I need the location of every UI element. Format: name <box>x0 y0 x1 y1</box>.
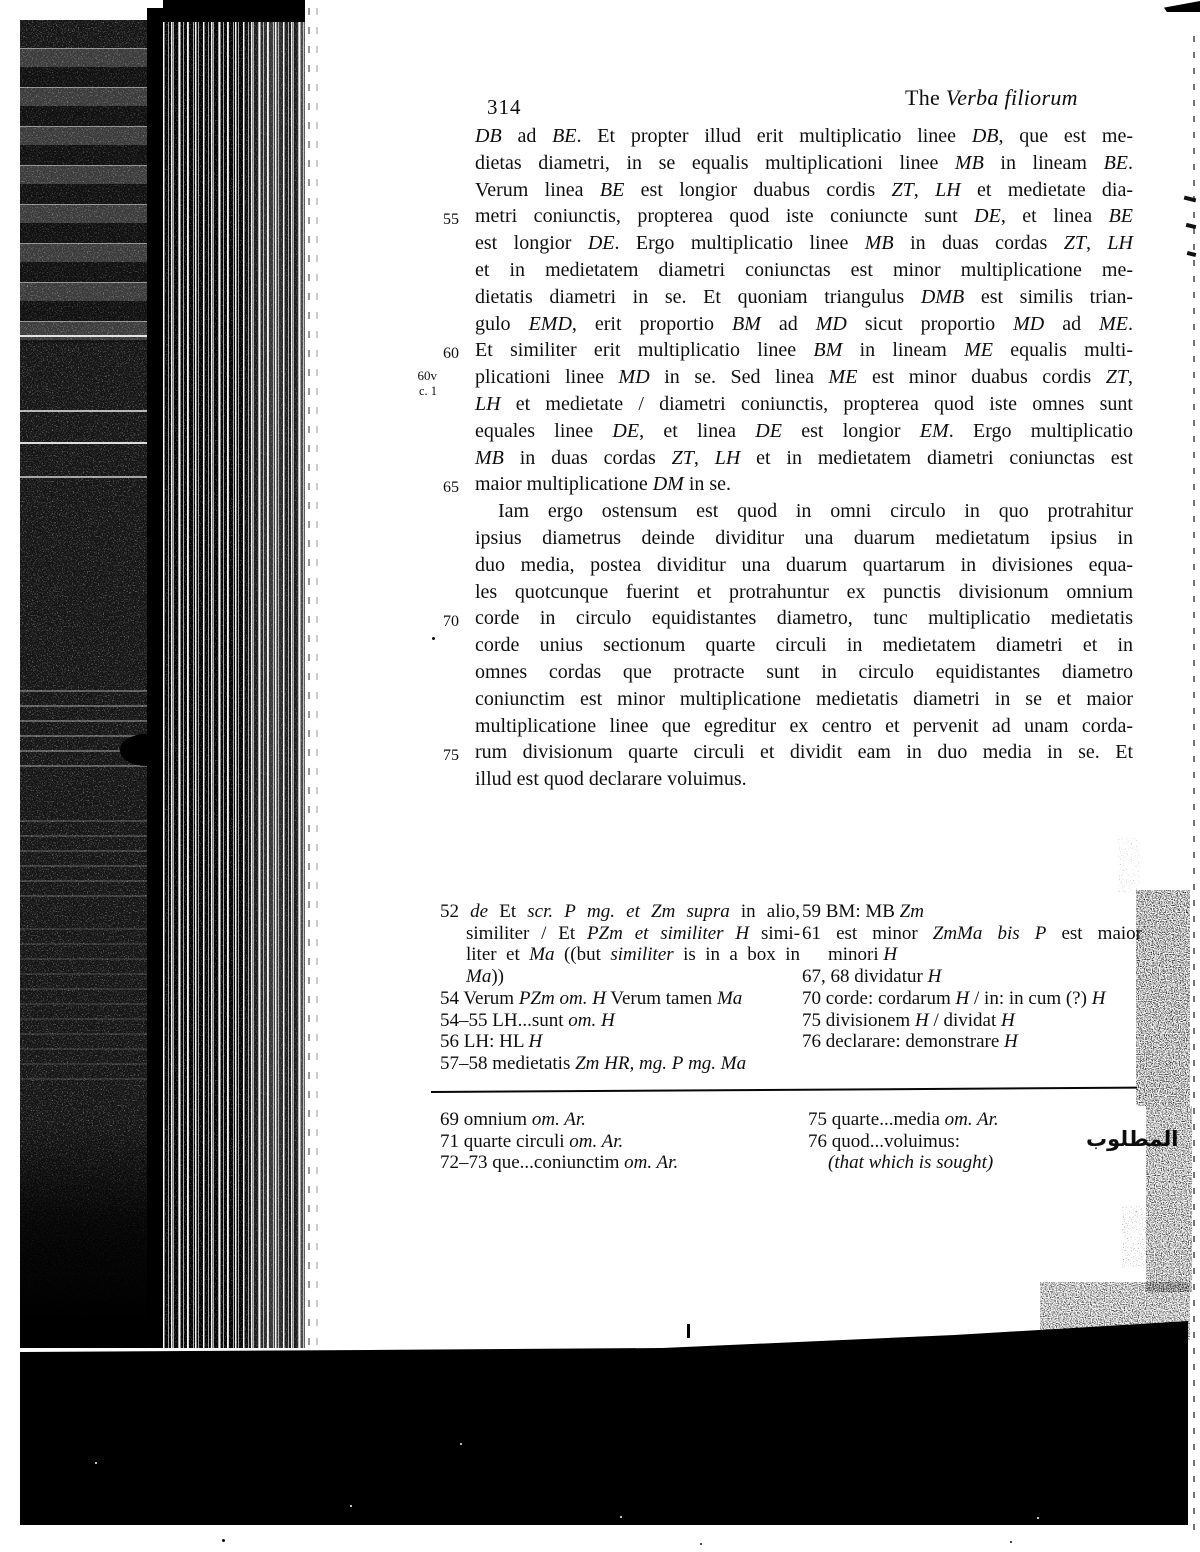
text-line: 69 omnium om. Ar. <box>440 1109 790 1131</box>
text-line: corde unius sectionum quarte circuli in … <box>475 632 1133 659</box>
scan-streak-line <box>20 476 160 478</box>
text-line: 52 de Et scr. P mg. et Zm supra in alio, <box>440 901 800 923</box>
white-speck <box>95 1462 97 1464</box>
small-vertical-mark <box>687 1324 690 1338</box>
text-line: 67, 68 dividatur H <box>802 966 1142 988</box>
apparatus-criticus-arabic: 69 omnium om. Ar.71 quarte circuli om. A… <box>440 1109 1150 1189</box>
main-text-block: DB ad BE. Et propter illud erit multipli… <box>475 123 1133 793</box>
text-line: ipsius diametrus deinde dividitur una du… <box>475 525 1133 552</box>
arabic-marginal-note: المطلوب <box>1086 1127 1178 1151</box>
folio-column-label: 60vc. 1 <box>418 369 438 398</box>
bottom-scan-black-band <box>20 1321 1188 1525</box>
text-line: dietatis diametri in se. Et quoniam tria… <box>475 284 1133 311</box>
text-line: 71 quarte circuli om. Ar. <box>440 1131 790 1153</box>
ink-speck <box>1010 1541 1012 1543</box>
text-line: coniunctim est minor multiplicatione med… <box>475 686 1133 713</box>
apparatus1-left-column: 52 de Et scr. P mg. et Zm supra in alio,… <box>440 901 800 1075</box>
text-line: plicationi linee MD in se. Sed linea ME … <box>475 364 1133 391</box>
top-right-scan-tick <box>1164 1 1200 12</box>
text-line: Et similiter erit multiplicatio linee BM… <box>475 337 1133 364</box>
right-edge-dotted-line <box>1193 36 1195 1540</box>
apparatus1-right-column: 59 BM: MB Zm61 est minor ZmMa bis P est … <box>802 901 1142 1053</box>
white-speck <box>460 1443 462 1445</box>
text-line: les quotcunque fuerint et protrahuntur e… <box>475 579 1133 606</box>
gutter-bottom-darkening <box>20 1122 147 1348</box>
line-number-label: 65 <box>443 480 459 496</box>
text-line: LH et medietate / diametri coniunctis, p… <box>475 391 1133 418</box>
apparatus2-left-column: 69 omnium om. Ar.71 quarte circuli om. A… <box>440 1109 790 1174</box>
text-line: DB ad BE. Et propter illud erit multipli… <box>475 123 1133 150</box>
gutter-horizontal-bands <box>20 48 147 343</box>
text-line: metri coniunctis, propterea quod iste co… <box>475 203 1133 230</box>
text-line: rum divisionum quarte circuli et dividit… <box>475 739 1133 766</box>
text-line: Ma)) <box>440 966 800 988</box>
scan-dash-rows <box>20 820 147 910</box>
text-line: MB in duas cordas ZT, LH et in medietate… <box>475 445 1133 472</box>
line-number-label: 55 <box>443 212 459 228</box>
text-line: corde in circulo equidistantes diametro,… <box>475 605 1133 632</box>
stray-page-edge-line <box>316 8 318 1348</box>
text-line: et in medietatem diametri coniunctas est… <box>475 257 1133 284</box>
text-line: dietas diametri, in se equalis multiplic… <box>475 150 1133 177</box>
stray-page-edge-line <box>308 8 310 1348</box>
text-line: 76 declarare: demonstrare H <box>802 1031 1142 1053</box>
text-line: maior multiplicatione DM in se. <box>475 471 1133 498</box>
text-line: Verum linea BE est longior duabus cordis… <box>475 177 1133 204</box>
text-line: 61 est minor ZmMa bis P est maior <box>802 923 1142 945</box>
text-line: illud est quod declarare voluimus. <box>475 766 1133 793</box>
text-line: 72–73 que...coniunctim om. Ar. <box>440 1152 790 1174</box>
text-line: multiplicatione linee que egreditur ex c… <box>475 713 1133 740</box>
white-speck <box>620 1516 622 1518</box>
text-line: similiter / Et PZm et similiter H simi- <box>440 923 800 945</box>
ink-speck <box>700 1543 702 1545</box>
running-title: The Verba filiorum <box>905 85 1078 111</box>
text-line: liter et Ma ((but similiter is in a box … <box>440 944 800 966</box>
line-number-label: 60 <box>443 346 459 362</box>
text-line: omnes cordas que protracte sunt in circu… <box>475 659 1133 686</box>
ink-speck <box>432 637 435 640</box>
right-edge-speckle-blob <box>1122 1206 1150 1268</box>
text-line: duo media, postea dividitur una duarum q… <box>475 552 1133 579</box>
scanned-book-page: 314 The Verba filiorum DB ad BE. Et prop… <box>0 0 1200 1552</box>
text-line: 54 Verum PZm om. H Verum tamen Ma <box>440 988 800 1010</box>
right-edge-faint-speckle <box>1118 838 1140 894</box>
gutter-black-bar <box>147 8 163 1348</box>
apparatus-criticus-manuscripts: 52 de Et scr. P mg. et Zm supra in alio,… <box>440 901 1150 1081</box>
line-number-label: 75 <box>443 748 459 764</box>
white-speck <box>1037 1517 1039 1519</box>
text-line: (that which is sought) <box>808 1152 1148 1174</box>
white-speck <box>350 1505 352 1507</box>
ink-speck <box>222 1539 225 1542</box>
page-edge-striations <box>163 8 305 1348</box>
text-line: gulo EMD, erit proportio BM ad MD sicut … <box>475 311 1133 338</box>
text-line: Iam ergo ostensum est quod in omni circu… <box>475 498 1133 525</box>
text-line: 75 divisionem H / dividat H <box>802 1010 1142 1032</box>
text-line: 57–58 medietatis Zm HR, mg. P mg. Ma <box>440 1053 800 1075</box>
text-line: minori H <box>802 944 1142 966</box>
book-gutter-scan-artifact <box>20 8 310 1348</box>
scan-dash-rows <box>20 928 147 1088</box>
page-number: 314 <box>487 95 522 120</box>
text-line: 70 corde: cordarum H / in: in cum (?) H <box>802 988 1142 1010</box>
text-line: equales linee DE, et linea DE est longio… <box>475 418 1133 445</box>
text-line: 59 BM: MB Zm <box>802 901 1142 923</box>
text-line: est longior DE. Ergo multiplicatio linee… <box>475 230 1133 257</box>
right-edge-mark <box>1187 251 1197 257</box>
line-number-label: 70 <box>443 614 459 630</box>
text-line: 56 LH: HL H <box>440 1031 800 1053</box>
text-line: 54–55 LH...sunt om. H <box>440 1010 800 1032</box>
striation-top-cap <box>163 0 305 22</box>
apparatus-divider-rule <box>431 1087 1137 1093</box>
